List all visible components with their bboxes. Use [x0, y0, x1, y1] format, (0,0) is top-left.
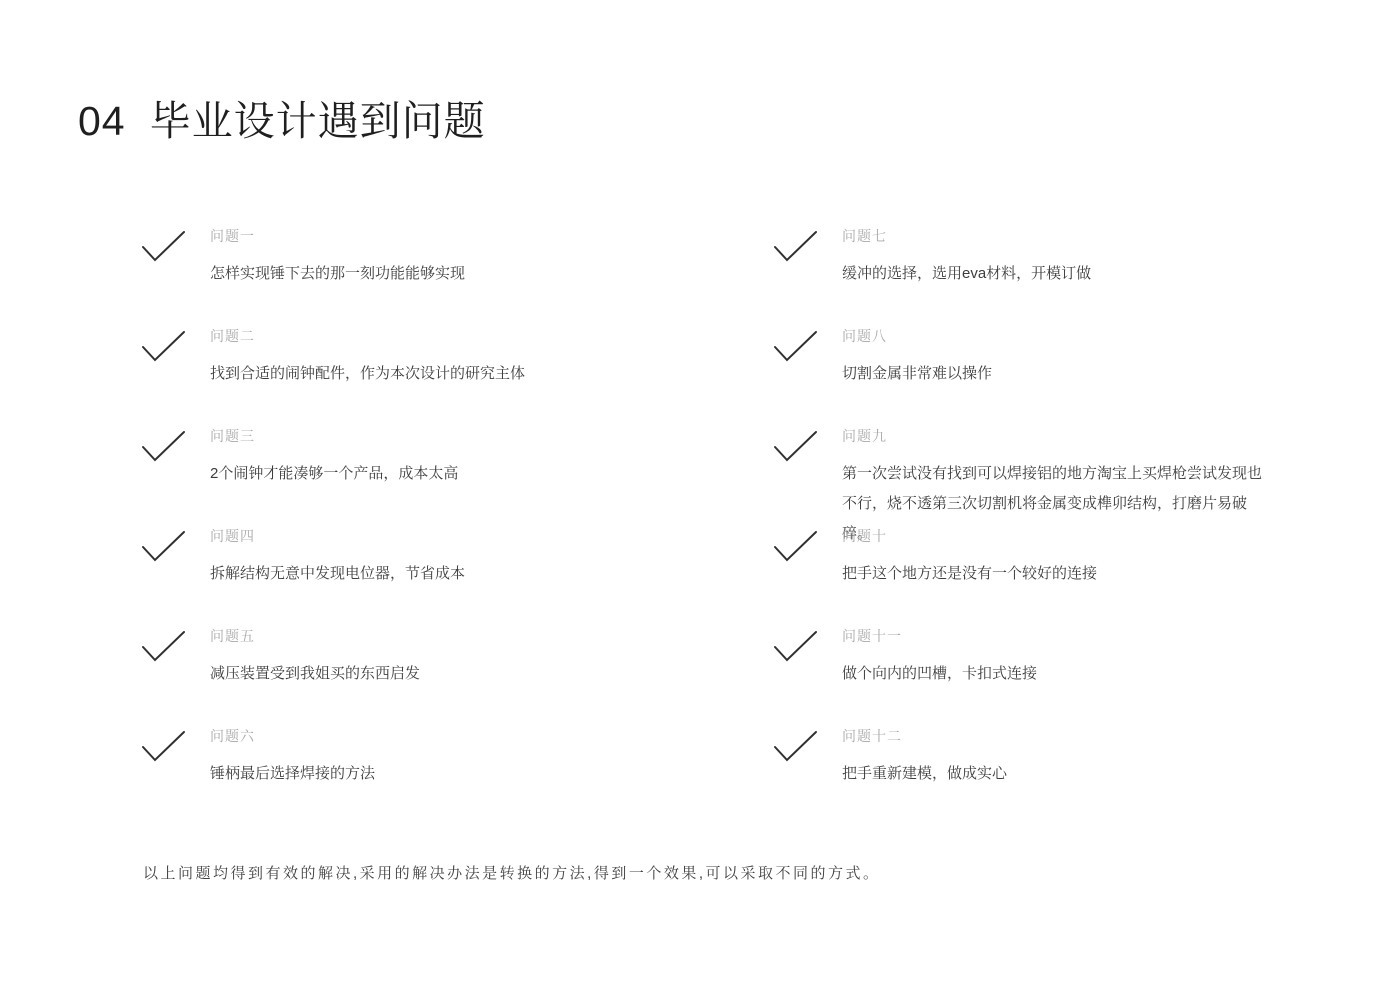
problem-title: 问题八	[842, 326, 1280, 346]
problem-title: 问题三	[210, 426, 772, 446]
problem-item-1: 问题一 怎样实现锤下去的那一刻功能能够实现	[140, 226, 772, 326]
check-icon	[140, 530, 186, 567]
problem-title: 问题一	[210, 226, 772, 246]
problem-title: 问题六	[210, 726, 772, 746]
problem-item-9: 问题九 第一次尝试没有找到可以焊接铝的地方淘宝上买焊枪尝试发现也不行，烧不透第三…	[772, 426, 1280, 526]
problem-text: 问题十二 把手重新建模，做成实心	[842, 726, 1280, 789]
check-icon	[772, 430, 818, 467]
problem-title: 问题七	[842, 226, 1280, 246]
problem-text: 问题五 减压装置受到我姐买的东西启发	[210, 626, 772, 689]
problem-title: 问题九	[842, 426, 1280, 446]
slide-page: 04毕业设计遇到问题 问题一 怎样实现锤下去的那一刻功能能够实现 问题二 找到	[0, 0, 1400, 990]
problem-desc: 2个闹钟才能凑够一个产品，成本太高	[210, 459, 690, 489]
problem-desc: 缓冲的选择，选用eva材料，开模订做	[842, 259, 1272, 289]
problem-text: 问题一 怎样实现锤下去的那一刻功能能够实现	[210, 226, 772, 289]
problem-title: 问题五	[210, 626, 772, 646]
problem-desc: 锤柄最后选择焊接的方法	[210, 759, 690, 789]
problem-desc: 拆解结构无意中发现电位器，节省成本	[210, 559, 690, 589]
summary-note: 以上问题均得到有效的解决,采用的解决办法是转换的方法,得到一个效果,可以采取不同…	[143, 862, 881, 883]
problem-title: 问题十二	[842, 726, 1280, 746]
problem-item-8: 问题八 切割金属非常难以操作	[772, 326, 1280, 426]
problem-text: 问题六 锤柄最后选择焊接的方法	[210, 726, 772, 789]
problem-desc: 减压装置受到我姐买的东西启发	[210, 659, 690, 689]
problem-desc: 做个向内的凹槽，卡扣式连接	[842, 659, 1272, 689]
problems-column-right: 问题七 缓冲的选择，选用eva材料，开模订做 问题八 切割金属非常难以操作	[772, 226, 1280, 826]
problems-grid: 问题一 怎样实现锤下去的那一刻功能能够实现 问题二 找到合适的闹钟配件，作为本次…	[140, 226, 1280, 826]
problem-text: 问题八 切割金属非常难以操作	[842, 326, 1280, 389]
page-title: 04毕业设计遇到问题	[78, 88, 486, 147]
problem-item-12: 问题十二 把手重新建模，做成实心	[772, 726, 1280, 826]
problem-item-11: 问题十一 做个向内的凹槽，卡扣式连接	[772, 626, 1280, 726]
problem-item-4: 问题四 拆解结构无意中发现电位器，节省成本	[140, 526, 772, 626]
problem-item-6: 问题六 锤柄最后选择焊接的方法	[140, 726, 772, 826]
check-icon	[772, 630, 818, 667]
problem-desc: 找到合适的闹钟配件，作为本次设计的研究主体	[210, 359, 690, 389]
problem-title: 问题十	[842, 526, 1280, 546]
check-icon	[140, 330, 186, 367]
check-icon	[140, 730, 186, 767]
problem-desc: 把手重新建模，做成实心	[842, 759, 1272, 789]
check-icon	[772, 730, 818, 767]
problem-item-5: 问题五 减压装置受到我姐买的东西启发	[140, 626, 772, 726]
section-number: 04	[78, 98, 126, 144]
problem-title: 问题十一	[842, 626, 1280, 646]
section-title: 毕业设计遇到问题	[150, 98, 486, 144]
problem-item-10: 问题十 把手这个地方还是没有一个较好的连接	[772, 526, 1280, 626]
problem-title: 问题二	[210, 326, 772, 346]
check-icon	[140, 230, 186, 267]
problem-item-3: 问题三 2个闹钟才能凑够一个产品，成本太高	[140, 426, 772, 526]
problem-desc: 切割金属非常难以操作	[842, 359, 1272, 389]
check-icon	[140, 630, 186, 667]
problem-item-7: 问题七 缓冲的选择，选用eva材料，开模订做	[772, 226, 1280, 326]
problem-text: 问题十一 做个向内的凹槽，卡扣式连接	[842, 626, 1280, 689]
problem-item-2: 问题二 找到合适的闹钟配件，作为本次设计的研究主体	[140, 326, 772, 426]
problem-title: 问题四	[210, 526, 772, 546]
problems-column-left: 问题一 怎样实现锤下去的那一刻功能能够实现 问题二 找到合适的闹钟配件，作为本次…	[140, 226, 772, 826]
problem-text: 问题四 拆解结构无意中发现电位器，节省成本	[210, 526, 772, 589]
check-icon	[772, 230, 818, 267]
problem-desc: 把手这个地方还是没有一个较好的连接	[842, 559, 1272, 589]
problem-text: 问题三 2个闹钟才能凑够一个产品，成本太高	[210, 426, 772, 489]
problem-desc: 怎样实现锤下去的那一刻功能能够实现	[210, 259, 690, 289]
problem-text: 问题二 找到合适的闹钟配件，作为本次设计的研究主体	[210, 326, 772, 389]
check-icon	[772, 530, 818, 567]
problem-text: 问题七 缓冲的选择，选用eva材料，开模订做	[842, 226, 1280, 289]
check-icon	[140, 430, 186, 467]
problem-text: 问题十 把手这个地方还是没有一个较好的连接	[842, 526, 1280, 589]
check-icon	[772, 330, 818, 367]
